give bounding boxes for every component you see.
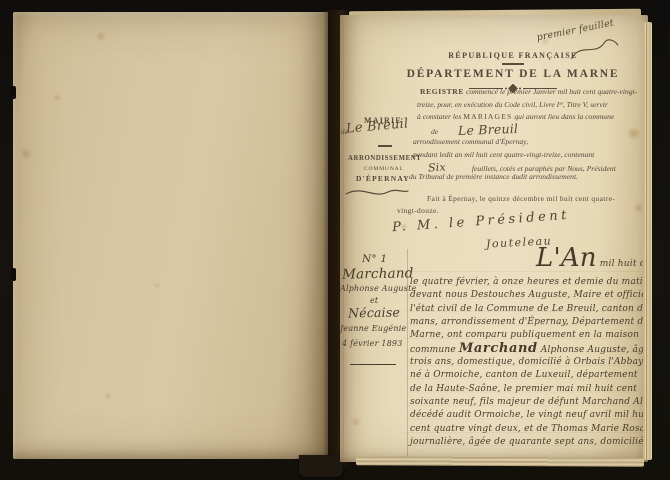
act-margin-bride-surname: Nécaise [348,305,400,321]
fait-line-2: vingt-douze. [397,206,439,215]
act-line: trois ans, domestique, domicilié à Orbai… [410,357,648,367]
paper-stain [350,417,362,427]
stamp-arrondissement: ARRONDISSEMENT [348,155,421,162]
registre-line-1-rest: commencé le premier Janvier mil huit cen… [464,87,637,96]
act-line: soixante neuf, fils majeur de défunt Mar… [410,397,648,407]
registre-line-2: treize, pour, en exécution du Code civil… [417,100,608,109]
registre-commune-handwritten: Le Breuil [458,121,519,138]
binding-tab [299,455,343,477]
small-rule [502,63,524,65]
groom-name-emphasis: Marchand [459,341,538,356]
registre-word: REGISTRE [420,87,464,96]
fait-line-1: Fait à Épernay, le quinze décembre mil h… [427,194,615,203]
stamp-flourish-icon [344,187,410,199]
paper-stain [53,94,62,102]
registre-line-8: du Tribunal de première instance dudit a… [409,172,578,181]
registre-line-3: à constater les MARIAGES qui auront lieu… [417,112,614,121]
act-opening-rest: mil huit cent quatre-vingt-treize, [597,259,648,269]
registre-line-3b: qui auront lieu dans la commune [512,112,614,121]
stamp-divider [378,145,392,147]
act-line: de la Haute-Saône, le premier mai mil hu… [410,384,637,394]
act-line: devant nous Destouches Auguste, Maire et… [410,290,648,300]
act-number: N° 1 [362,253,387,265]
act-name-line-after: Alphonse Auguste, âgé de vingt [538,345,648,355]
paper-stain [95,32,107,41]
registre-line-1: REGISTRE commencé le premier Janvier mil… [420,87,637,96]
stamp-commune-handwritten: Le Breuil [345,116,408,136]
act-opening-line: L'An mil huit cent quatre-vingt-treize, [410,243,648,273]
page-edge-stack-right [643,22,652,460]
binder-mark [11,268,16,281]
act-margin-groom-given: Alphonse Auguste [340,284,416,293]
act-line: cent quatre vingt deux, et de Thomas Mar… [410,424,648,434]
act-margin-underline [350,364,396,365]
act-line: journalière, âgée de quarante sept ans, … [410,437,648,447]
paper-stain [153,282,161,289]
stamp-communal: COMMUNAL [364,166,404,172]
paper-stain [103,392,113,400]
act-line: né à Ormoiche, canton de Luxeuil, départ… [410,370,638,380]
paper-stain [626,127,642,140]
register-recto-page: premier feuillet RÉPUBLIQUE FRANÇAISE DÉ… [340,15,648,462]
binder-mark [11,86,16,99]
department-title: DÉPARTEMENT DE LA MARNE [398,68,628,80]
act-margin-date: 4 février 1893 [342,339,403,348]
act-name-line: commune Marchand Alphonse Auguste, âgé d… [410,341,648,356]
act-opening-word: L'An [536,243,597,273]
act-line: le quatre février, à onze heures et demi… [410,277,648,287]
archival-scan: premier feuillet RÉPUBLIQUE FRANÇAISE DÉ… [0,0,670,480]
registre-line-5: arrondissement communal d'Épernay, [413,137,528,146]
act-margin-conjunction: et [370,296,378,305]
mariages-word: MARIAGES [463,112,512,121]
act-line: mans, arrondissement d'Épernay, Départem… [410,317,648,327]
act-margin-bride-given: Jeanne Eugénie [340,324,406,333]
act-margin-groom-surname: Marchand [342,265,414,282]
left-blank-page [13,12,328,459]
act-name-line-before: commune [410,345,459,355]
registre-de: de [431,127,438,136]
act-line: Marne, ont comparu publiquement en la ma… [410,330,639,340]
page-vignette [13,12,328,459]
registre-line-3a: à constater les [417,112,463,121]
binding-margin-line [343,23,344,455]
paper-stain [19,148,33,159]
page-edge-stack-bottom [356,456,644,467]
act-line: décédé audit Ormoiche, le vingt neuf avr… [410,410,648,420]
act-line: l'état civil de la Commune de Le Breuil,… [410,304,648,314]
republic-title: RÉPUBLIQUE FRANÇAISE [398,51,628,60]
stamp-epernay: D'ÉPERNAY [356,174,410,183]
